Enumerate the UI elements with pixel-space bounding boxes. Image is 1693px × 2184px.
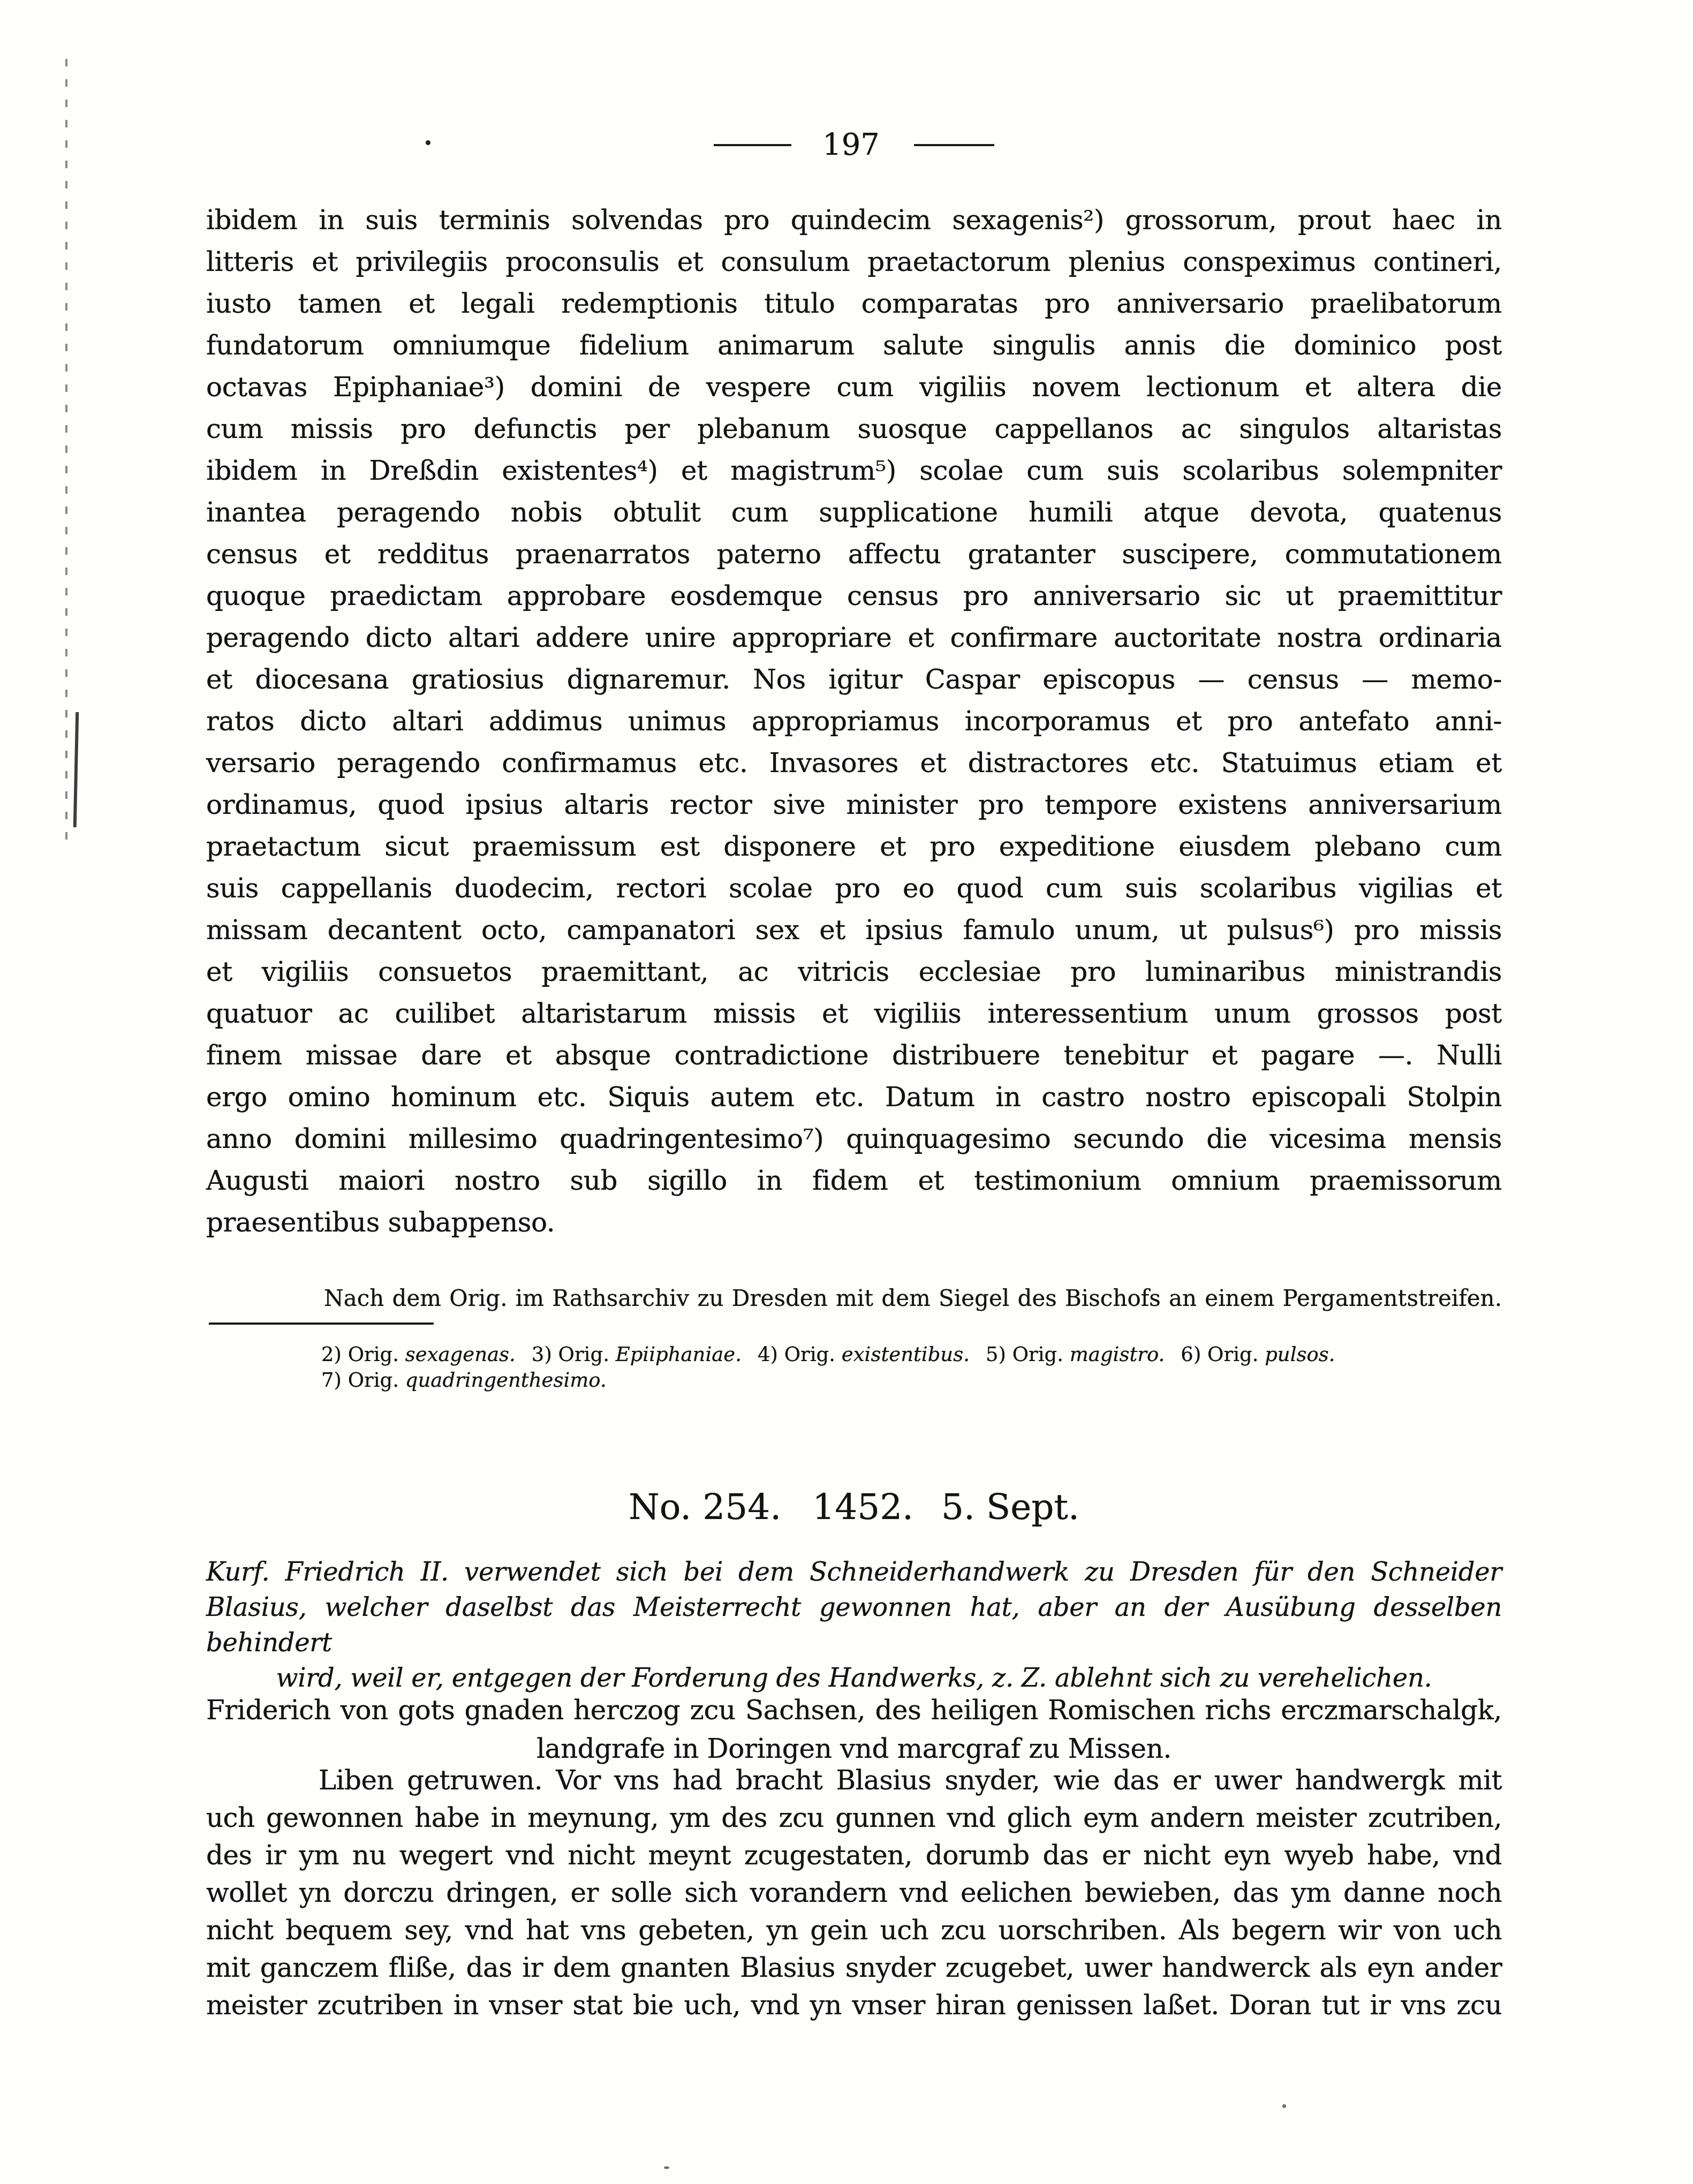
footnote-term: sexagenas. (405, 1343, 516, 1366)
page-number: 197 (822, 127, 880, 162)
letter-text-line: meister zcutriben in vnser stat bie uch,… (206, 1986, 1502, 2024)
letter-text-line: Liben getruwen. Vor vns had bracht Blasi… (206, 1762, 1502, 1799)
footnote-prefix: Orig. (1012, 1343, 1070, 1366)
footnote-term: existentibus. (842, 1343, 970, 1366)
footnote-item: 2) Orig. sexagenas. (321, 1342, 516, 1367)
footnote-item: 5) Orig. magistro. (986, 1342, 1165, 1367)
charter-text-line: quoque praedictam approbare eosdemque ce… (206, 575, 1502, 617)
letter-text-line: uch gewonnen habe in meynung, ym des zcu… (206, 1799, 1502, 1837)
footnote-label: 7) (321, 1369, 348, 1392)
footnote-item: 7) Orig. quadringenthesimo. (321, 1367, 607, 1393)
charter-text-line: praesentibus subappenso. (206, 1201, 1502, 1243)
footnote-prefix: Orig. (784, 1343, 842, 1366)
entry-date: 5. Sept. (941, 1486, 1079, 1528)
footnote-term: magistro. (1070, 1343, 1165, 1366)
footnote-item: 4) Orig. existentibus. (758, 1342, 970, 1367)
charter-text-line: suis cappellanis duodecim, rectori scola… (206, 867, 1502, 909)
letter-text-line: mit ganczem fliße, das ir dem gnanten Bl… (206, 1949, 1502, 1986)
charter-text-line: iusto tamen et legali redemptionis titul… (206, 283, 1502, 324)
footnote-label: 3) (532, 1343, 558, 1366)
charter-text-line: ergo omino hominum etc. Siquis autem etc… (206, 1076, 1502, 1118)
footnote-prefix: Orig. (558, 1343, 616, 1366)
charter-text-line: census et redditus praenarratos paterno … (206, 533, 1502, 575)
scan-artifact-dot (1282, 2104, 1286, 2108)
footnote-prefix: Orig. (1207, 1343, 1265, 1366)
charter-text-line: Augusti maiori nostro sub sigillo in fid… (206, 1160, 1502, 1201)
letter-text-line: wollet yn dorczu dringen, er solle sich … (206, 1874, 1502, 1911)
letter-body: Liben getruwen. Vor vns had bracht Blasi… (206, 1762, 1502, 2024)
footnote-label: 2) (321, 1343, 348, 1366)
salutation: Friderich von gots gnaden herczog zcu Sa… (206, 1691, 1502, 1768)
footnote-term: pulsos. (1265, 1343, 1335, 1366)
charter-text-line: missam decantent octo, campanatori sex e… (206, 909, 1502, 951)
entry-year: 1452. (812, 1486, 913, 1528)
footnotes: 2) Orig. sexagenas.3) Orig. Epiiphaniae.… (206, 1342, 1502, 1393)
charter-text-line: ordinamus, quod ipsius altaris rector si… (206, 784, 1502, 826)
charter-text-line: litteris et privilegiis proconsulis et c… (206, 241, 1502, 283)
summary-line: Kurf. Friedrich II. verwendet sich bei d… (206, 1554, 1502, 1590)
entry-number: No. 254. (629, 1486, 781, 1528)
charter-text-line: praetactum sicut praemissum est disponer… (206, 826, 1502, 867)
charter-text-line: et diocesana gratiosius dignaremur. Nos … (206, 659, 1502, 700)
scan-artifact-ink-streak (73, 712, 79, 827)
salutation-line: Friderich von gots gnaden herczog zcu Sa… (206, 1691, 1502, 1729)
charter-text-line: quatuor ac cuilibet altaristarum missis … (206, 993, 1502, 1034)
charter-text-line: anno domini millesimo quadringentesimo⁷)… (206, 1118, 1502, 1160)
charter-text-line: versario peragendo confirmamus etc. Inva… (206, 742, 1502, 784)
charter-text-line: peragendo dicto altari addere unire appr… (206, 617, 1502, 659)
charter-text-line: ibidem in suis terminis solvendas pro qu… (206, 199, 1502, 241)
letter-text-line: des ir ym nu wegert vnd nicht meynt zcug… (206, 1837, 1502, 1874)
page-number-rule-left (714, 144, 791, 146)
footnote-label: 6) (1181, 1343, 1207, 1366)
footnote-item: 6) Orig. pulsos. (1181, 1342, 1335, 1367)
footnote-label: 5) (986, 1343, 1012, 1366)
footnote-prefix: Orig. (348, 1343, 405, 1366)
footnote-term: Epiiphaniae. (616, 1343, 742, 1366)
charter-text-line: octavas Epiphaniae³) domini de vespere c… (206, 366, 1502, 408)
footnote-item: 3) Orig. Epiiphaniae. (532, 1342, 742, 1367)
scan-artifact-margin-line (65, 59, 67, 841)
scanned-document-page: 197 ibidem in suis terminis solvendas pr… (0, 0, 1693, 2184)
charter-text-line: inantea peragendo nobis obtulit cum supp… (206, 492, 1502, 533)
summary-line: Blasius, welcher daselbst das Meisterrec… (206, 1590, 1502, 1660)
charter-text-line: ratos dicto altari addimus unimus approp… (206, 700, 1502, 742)
entry-summary: Kurf. Friedrich II. verwendet sich bei d… (206, 1554, 1502, 1696)
charter-text-line: fundatorum omniumque fidelium animarum s… (206, 324, 1502, 366)
footnote-separator (209, 1323, 434, 1325)
scan-artifact-dot (664, 2166, 669, 2169)
page-header: 197 (206, 127, 1502, 162)
page-number-rule-right (914, 144, 994, 146)
provenance-note: Nach dem Orig. im Rathsarchiv zu Dresden… (206, 1284, 1502, 1313)
charter-text-line: ibidem in Dreßdin existentes⁴) et magist… (206, 450, 1502, 492)
letter-text-line: nicht bequem sey, vnd hat vns gebeten, y… (206, 1911, 1502, 1949)
footnote-label: 4) (758, 1343, 784, 1366)
footnote-term: quadringenthesimo. (405, 1369, 607, 1392)
charter-text-line: et vigiliis consuetos praemittant, ac vi… (206, 951, 1502, 993)
latin-charter-paragraph: ibidem in suis terminis solvendas pro qu… (206, 199, 1502, 1243)
charter-text-line: cum missis pro defunctis per plebanum su… (206, 408, 1502, 450)
footnote-prefix: Orig. (348, 1369, 405, 1392)
charter-text-line: finem missae dare et absque contradictio… (206, 1034, 1502, 1076)
entry-heading: No. 254. 1452. 5. Sept. (206, 1486, 1502, 1528)
